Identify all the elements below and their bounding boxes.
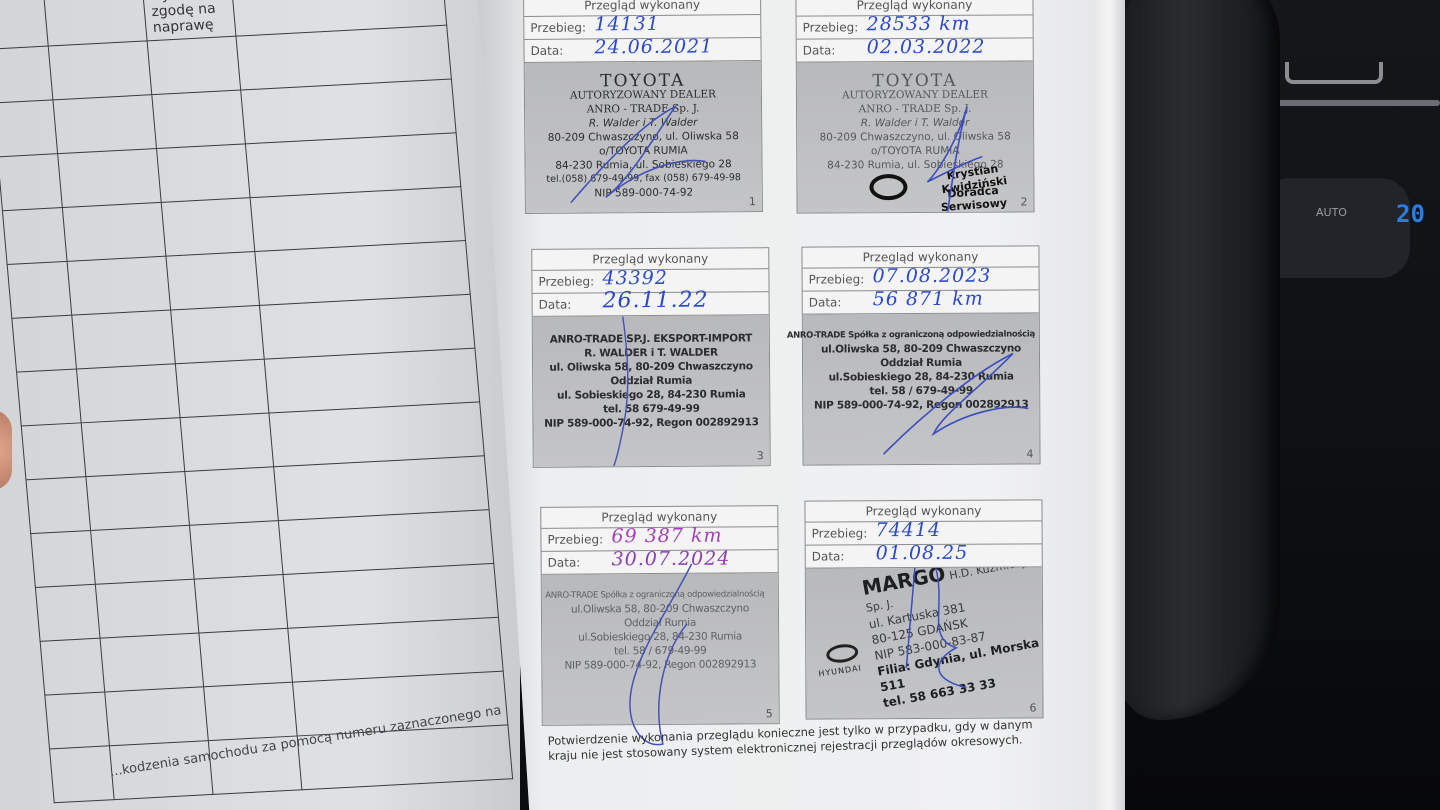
dealer-stamp: TOYOTA AUTORYZOWANY DEALER ANRO - TRADE … [525,61,762,201]
table-cell [53,95,157,154]
table-cell [17,369,82,426]
table-cell [58,148,162,207]
brand-name: HYUNDAI [818,663,862,678]
date-row: Data: 26.11.22 [533,292,769,317]
service-record-6: Przegląd wykonany Przebieg: 74414 Data: … [804,499,1043,719]
air-vent-handle [1285,62,1383,84]
table-cell [35,584,100,641]
table-cell [166,252,259,310]
table-cell [26,477,91,534]
dealer-stamp-area: TOYOTA AUTORYZOWANY DEALER ANRO - TRADE … [525,61,762,213]
record-number: 5 [766,707,773,720]
mileage-value: 74414 [876,519,942,541]
dealer-stamp-area: ANRO-TRADE Spółka z ograniczoną odpowied… [803,313,1040,464]
service-record-1: Przegląd wykonany Przebieg: 14131 Data: … [523,0,763,214]
mileage-value: 07.08.2023 [873,265,992,288]
mileage-value: 69 387 km [611,525,722,548]
record-number: 3 [757,449,764,462]
table-cell [162,198,255,256]
date-row: Data: 56 871 km [803,290,1039,314]
table-cell [204,682,297,740]
table-cell [21,423,86,480]
consent-column-header: wyraził zgodę na naprawę [140,0,236,41]
dealer-stamp-area: TOYOTA AUTORYZOWANY DEALER ANRO - TRADE … [797,61,1034,212]
service-record-5: Przegląd wykonany Przebieg: 69 387 km Da… [540,505,780,726]
table-cell [91,525,195,584]
mileage-value: 14131 [594,13,660,36]
table-cell [157,144,250,202]
table-cell [0,46,53,103]
mileage-value: 28533 km [867,13,971,36]
toyota-logo-icon [869,174,907,200]
date-row: Data: 01.08.25 [806,544,1042,568]
table-cell [50,746,115,803]
table-cell [72,310,176,369]
service-record-4: Przegląd wykonany Przebieg: 07.08.2023 D… [801,245,1040,465]
table-cell [180,413,273,471]
service-record-2: Przegląd wykonany Przebieg: 28533 km Dat… [795,0,1034,214]
dealer-stamp: ANRO-TRADE Spółka z ograniczoną odpowied… [542,573,779,673]
table-cell [7,261,72,318]
air-vent-slat [1265,100,1440,106]
date-value: 01.08.25 [876,542,969,564]
table-cell [152,90,245,148]
date-value: 02.03.2022 [867,36,986,59]
table-cell [45,692,110,749]
table-cell [105,687,209,746]
date-row: Data: 30.07.2024 [542,550,778,575]
table-cell [100,633,204,692]
table-cell [77,364,181,423]
table-cell [40,638,105,695]
dealer-stamp: MARGO H.D. Kuźmiccy Sp. J. ul. Kartuska … [861,567,1043,711]
table-cell [147,36,240,94]
date-value: 26.11.22 [603,290,709,313]
date-value: 56 871 km [873,288,984,311]
record-number: 1 [749,195,756,208]
table-cell [171,305,264,363]
table-cell [185,467,278,525]
hyundai-logo-icon [825,642,859,664]
table-cell [195,574,288,632]
dealer-stamp: ANRO-TRADE SP.J. EKSPORT-IMPORT R. WALDE… [533,315,770,431]
booklet-left-page: wyraził zgodę na naprawę ...kodzenia sam… [0,0,520,810]
table-cell [96,579,200,638]
table-cell [12,315,77,372]
mileage-value: 43392 [602,267,668,289]
service-repair-log-table: wyraził zgodę na naprawę [0,0,513,803]
date-value: 30.07.2024 [612,548,731,571]
date-row: Data: 02.03.2022 [797,38,1033,62]
table-cell [86,471,190,530]
record-number: 4 [1026,447,1033,460]
temperature-display: 20 [1396,200,1425,228]
table-cell [31,530,96,587]
table-cell [0,154,63,211]
dealer-stamp-area: MARGO H.D. Kuźmiccy Sp. J. ul. Kartuska … [806,567,1043,718]
table-cell [67,256,171,315]
steering-wheel [1120,0,1280,720]
climate-auto-button-label: AUTO [1316,206,1347,219]
service-record-3: Przegląd wykonany Przebieg: 43392 Data: … [531,247,771,468]
table-cell [199,628,292,686]
table-cell [49,41,153,100]
dealer-stamp: TOYOTA AUTORYZOWANY DEALER ANRO - TRADE … [797,61,1034,172]
table-cell [176,359,269,417]
table-cell [63,202,167,261]
table-cell [0,100,58,157]
dealer-stamp-area: ANRO-TRADE SP.J. EKSPORT-IMPORT R. WALDE… [533,315,770,467]
record-number: 2 [1020,195,1027,208]
table-cell [2,208,67,265]
date-value: 24.06.2021 [594,35,713,58]
finger [0,410,12,490]
table-cell [190,521,283,579]
date-row: Data: 24.06.2021 [524,38,760,63]
dealer-stamp-area: ANRO-TRADE Spółka z ograniczoną odpowied… [542,573,779,725]
record-number: 6 [1029,701,1036,714]
table-cell [82,418,186,477]
booklet-page-edges [1095,0,1125,810]
climate-control-panel [1270,178,1410,278]
dealer-stamp: ANRO-TRADE Spółka z ograniczoną odpowied… [803,313,1040,412]
